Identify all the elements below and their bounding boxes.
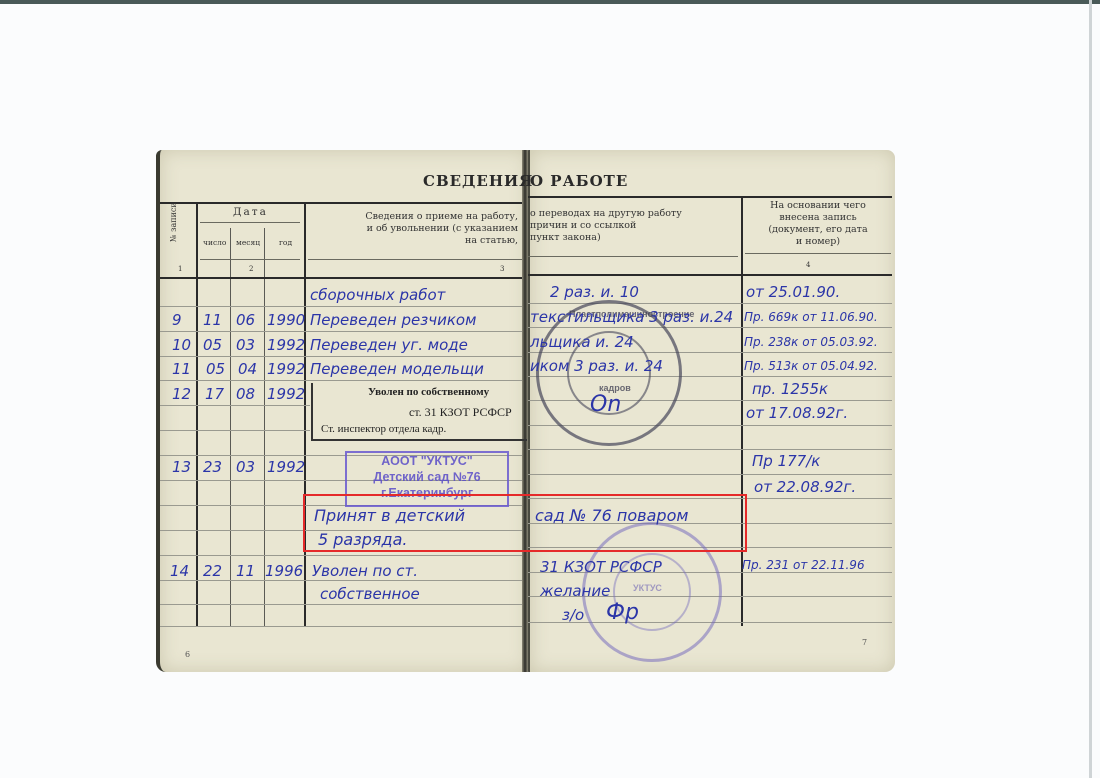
entry-14-text-right-c: з/о [562,606,584,624]
entry-14-year: 1996 [265,562,303,580]
section-title-left: СВЕДЕНИЯ [423,172,533,190]
col3-header-right-1: о переводах на другую работу [530,208,682,220]
printed-stamp-line1: Уволен по собственному [368,386,489,398]
entry-13-basis-b: от 22.08.92г. [754,478,856,496]
entry-9-day: 11 [203,311,222,329]
ruled-line [160,405,310,406]
ruled-line [528,449,892,450]
entry-11-year: 1992 [267,360,305,378]
entry-9-month: 06 [236,311,255,329]
col3-header-bottom-left [308,259,522,260]
signature-2: Фр [606,600,639,625]
page-number-left: 6 [185,650,190,659]
date-subheader-bottom [200,259,300,260]
header-bottom-rule-right [528,274,892,276]
col2-header: Дата [233,206,268,218]
entry-0-text-right: 2 раз. и. 10 [550,283,639,301]
entry-9-text-left: Переведен резчиком [310,311,476,329]
section-title-right: О РАБОТЕ [530,172,628,190]
entry-0-basis: от 25.01.90. [746,283,840,301]
col1-header: № записи [168,202,180,242]
col3-header-left-2: и об увольнении (с указанием [320,223,518,235]
col-number-1: 1 [178,263,182,275]
ruled-line [160,555,522,556]
header-top-rule-left [160,202,522,204]
date-sub-month: месяц [236,237,260,249]
entry-11-text-right: иком 3 раз. и. 24 [530,357,663,375]
entry-10-num: 10 [172,336,191,354]
entry-0-text-left: сборочных работ [310,286,445,304]
col4-header-3: (документ, его дата [745,224,891,236]
entry-9-text-right: текстильщика 3 раз. и.24 [530,308,733,326]
rect-stamp-line1: АООТ "УКТУС" [347,453,507,469]
entry-11-day: 05 [206,360,225,378]
entry-10-year: 1992 [267,336,305,354]
col4-header-4: и номер) [745,236,891,248]
col-number-2: 2 [249,263,253,275]
entry-9-basis: Пр. 669к от 11.06.90. [744,310,878,324]
entry-11-basis: Пр. 513к от 05.04.92. [744,359,878,373]
entry-13-month: 03 [236,458,255,476]
col4-header-2: внесена запись [745,212,891,224]
entry-10-month: 03 [236,336,255,354]
entry-14-day: 22 [203,562,222,580]
col3-header-left-3: на статью, [340,235,518,247]
ruled-line [160,430,310,431]
header-top-rule-right [528,196,892,198]
entry-12-day: 17 [205,385,224,403]
col-number-4: 4 [806,259,810,271]
ruled-line [160,626,522,627]
entry-14-text-right-b: желание [540,582,610,600]
col1-divider [196,202,198,627]
entry-14-basis: Пр. 231 от 22.11.96 [742,558,865,572]
day-month-divider [230,228,231,626]
highlight-box [303,494,747,552]
entry-12-month: 08 [236,385,255,403]
date-subheader-rule [200,222,300,223]
entry-10-day: 05 [203,336,222,354]
entry-14-text-left-a: Уволен по ст. [312,562,418,580]
ruled-line [160,306,522,307]
entry-13-year: 1992 [267,458,305,476]
date-sub-year: год [279,237,292,249]
entry-10-text-left: Переведен уг. моде [310,336,468,354]
entry-9-num: 9 [172,311,182,329]
entry-12-basis-a: пр. 1255к [752,380,828,398]
col2-divider [304,202,306,627]
ruled-line [160,331,522,332]
entry-10-text-right: льщика и. 24 [530,333,634,351]
ruled-line [160,580,522,581]
scan-top-edge [0,0,1100,4]
entry-9-year: 1990 [267,311,305,329]
entry-14-month: 11 [236,562,255,580]
printed-stamp-line3: Ст. инспектор отдела кадр. [321,423,446,435]
entry-11-num: 11 [172,360,191,378]
printed-dismissal-stamp: Уволен по собственному ст. 31 КЗОТ РСФСР… [311,383,527,441]
entry-14-text-right-a: 31 КЗОТ РСФСР [540,558,662,576]
entry-14-text-left-b: собственное [320,585,420,603]
col3-header-left-1: Сведения о приеме на работу, [340,211,518,223]
col3-header-right-2: причин и со ссылкой [530,220,636,232]
col3-header-right-3: пункт закона) [530,232,601,244]
col4-header-1: На основании чего [745,200,891,212]
ruled-line [528,474,892,475]
ruled-line [160,604,522,605]
entry-12-basis-b: от 17.08.92г. [746,404,848,422]
entry-13-num: 13 [172,458,191,476]
entry-10-basis: Пр. 238к от 05.03.92. [744,335,878,349]
signature-1: Оn [590,392,621,417]
entry-12-year: 1992 [267,385,305,403]
col3-header-bottom-right [528,256,738,257]
scan-right-edge [1089,0,1092,778]
header-bottom-rule-left [160,277,522,279]
date-sub-day: число [203,237,226,249]
entry-13-basis-a: Пр 177/к [752,452,820,470]
ruled-line [160,380,522,381]
entry-11-text-left: Переведен модельщи [310,360,484,378]
entry-13-day: 23 [203,458,222,476]
rect-stamp-line2: Детский сад №76 [347,469,507,485]
entry-14-num: 14 [170,562,189,580]
col4-header-bottom [745,253,891,254]
ruled-line [160,356,522,357]
page-number-right: 7 [862,638,867,647]
entry-12-num: 12 [172,385,191,403]
printed-stamp-line2: ст. 31 КЗОТ РСФСР [409,405,512,420]
entry-11-month: 04 [238,360,257,378]
col-number-3: 3 [500,263,504,275]
